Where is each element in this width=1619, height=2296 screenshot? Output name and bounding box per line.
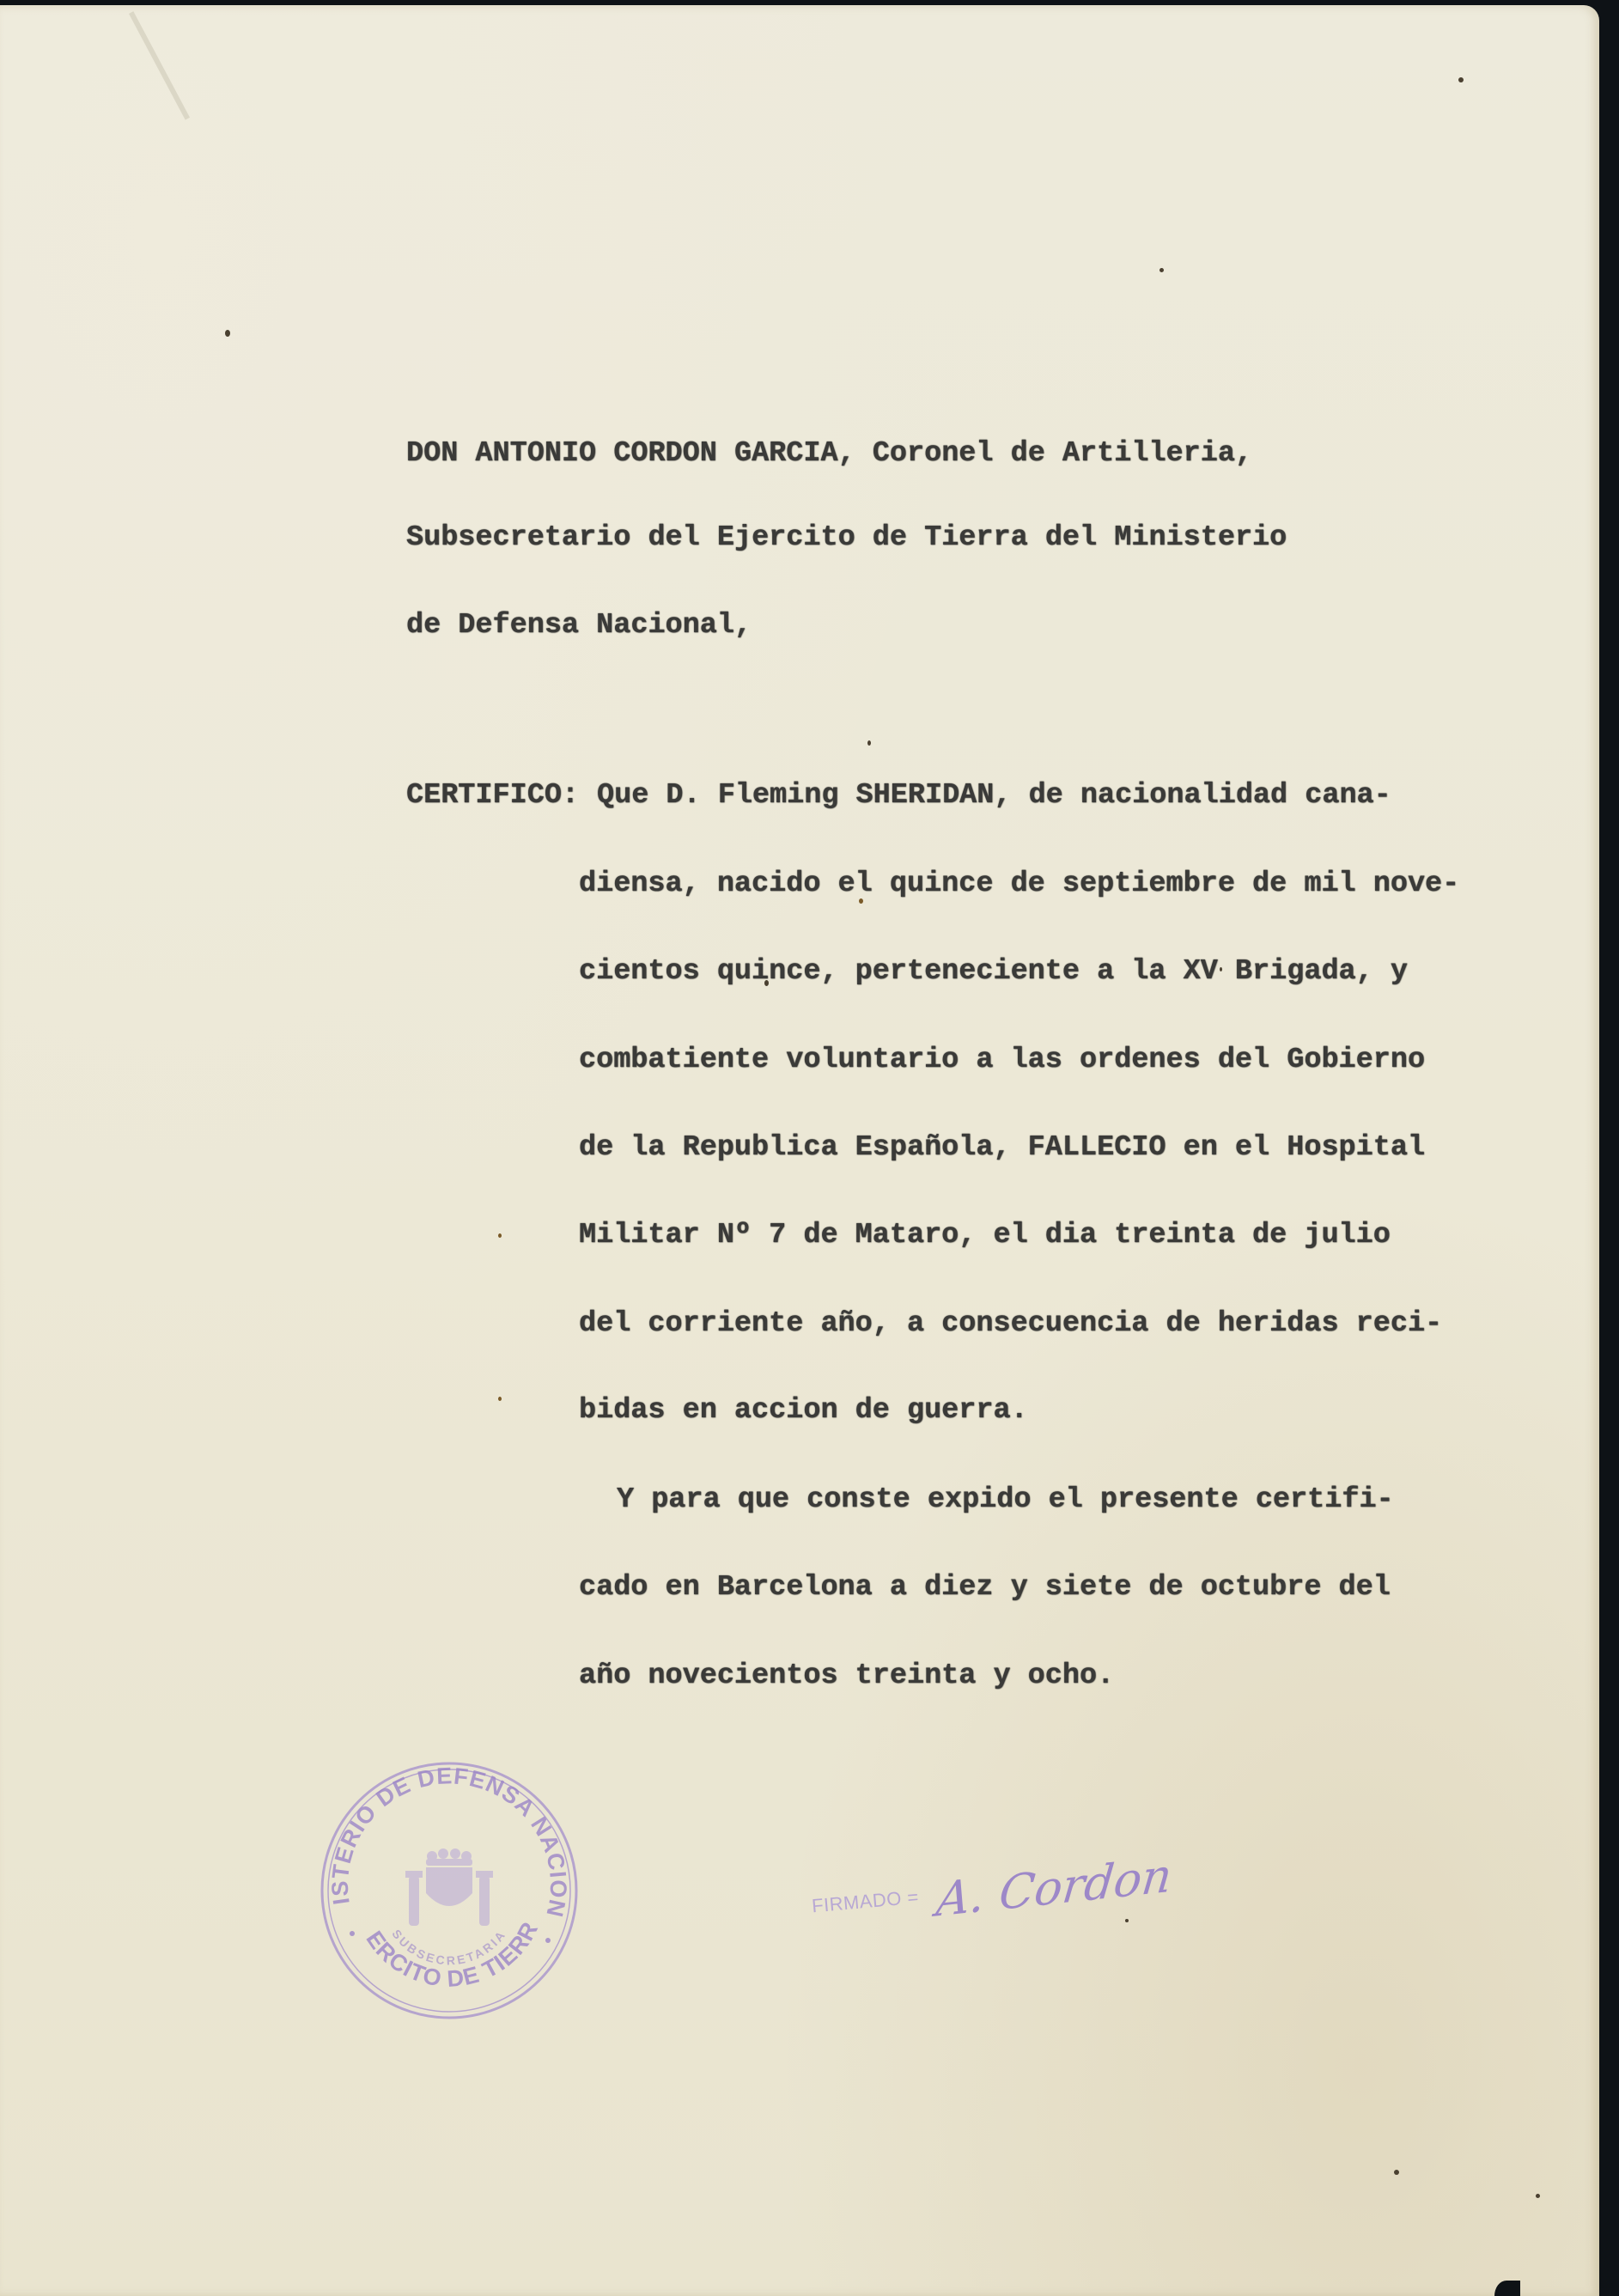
body-line: del corriente año, a consecuencia de her… <box>579 1306 1442 1341</box>
paper-speck <box>498 1233 502 1238</box>
paper-speck <box>1458 77 1464 82</box>
paper-speck <box>1159 268 1164 272</box>
header-line-3: de Defensa Nacional, <box>406 608 752 643</box>
body-line: bidas en accion de guerra. <box>579 1393 1028 1428</box>
paper-speck <box>1536 2194 1540 2198</box>
body-line: combatiente voluntario a las ordenes del… <box>579 1043 1425 1077</box>
paper-speck <box>1220 967 1222 971</box>
body-line: de la Republica Española, FALLECIO en el… <box>579 1130 1425 1165</box>
paper-speck <box>498 1397 502 1401</box>
body-line: Militar Nº 7 de Mataro, el dia treinta d… <box>579 1218 1391 1252</box>
certifico-first-line: Que D. Fleming SHERIDAN, de nacionalidad… <box>597 778 1391 813</box>
firmado-label: FIRMADO = <box>811 1886 920 1918</box>
certifico-label: CERTIFICO: <box>406 778 579 813</box>
paper-speck <box>764 980 769 986</box>
paper-speck <box>1394 2170 1399 2175</box>
coat-of-arms-icon <box>405 1848 493 1926</box>
ministry-stamp: MINISTERIO DE DEFENSA NACIONAL EJERCITO … <box>316 1757 582 2024</box>
closing-line: año novecientos treinta y ocho. <box>579 1659 1114 1693</box>
paper-speck <box>1125 1919 1129 1922</box>
paper-crease <box>129 11 190 119</box>
body-line: diensa, nacido el quince de septiembre d… <box>579 867 1459 901</box>
paper-speck <box>867 740 871 746</box>
closing-line: cado en Barcelona a diez y siete de octu… <box>579 1570 1391 1605</box>
paper-speck <box>859 898 863 904</box>
paper-speck <box>225 330 230 337</box>
signature: A. Cordon <box>934 1848 1174 1928</box>
header-line-2: Subsecretario del Ejercito de Tierra del… <box>406 521 1287 555</box>
header-line-1: DON ANTONIO CORDON GARCIA, Coronel de Ar… <box>406 436 1252 471</box>
document-page: DON ANTONIO CORDON GARCIA, Coronel de Ar… <box>0 5 1599 2296</box>
closing-line: Y para que conste expido el presente cer… <box>617 1483 1394 1517</box>
body-line: cientos quince, perteneciente a la XV Br… <box>579 954 1408 989</box>
